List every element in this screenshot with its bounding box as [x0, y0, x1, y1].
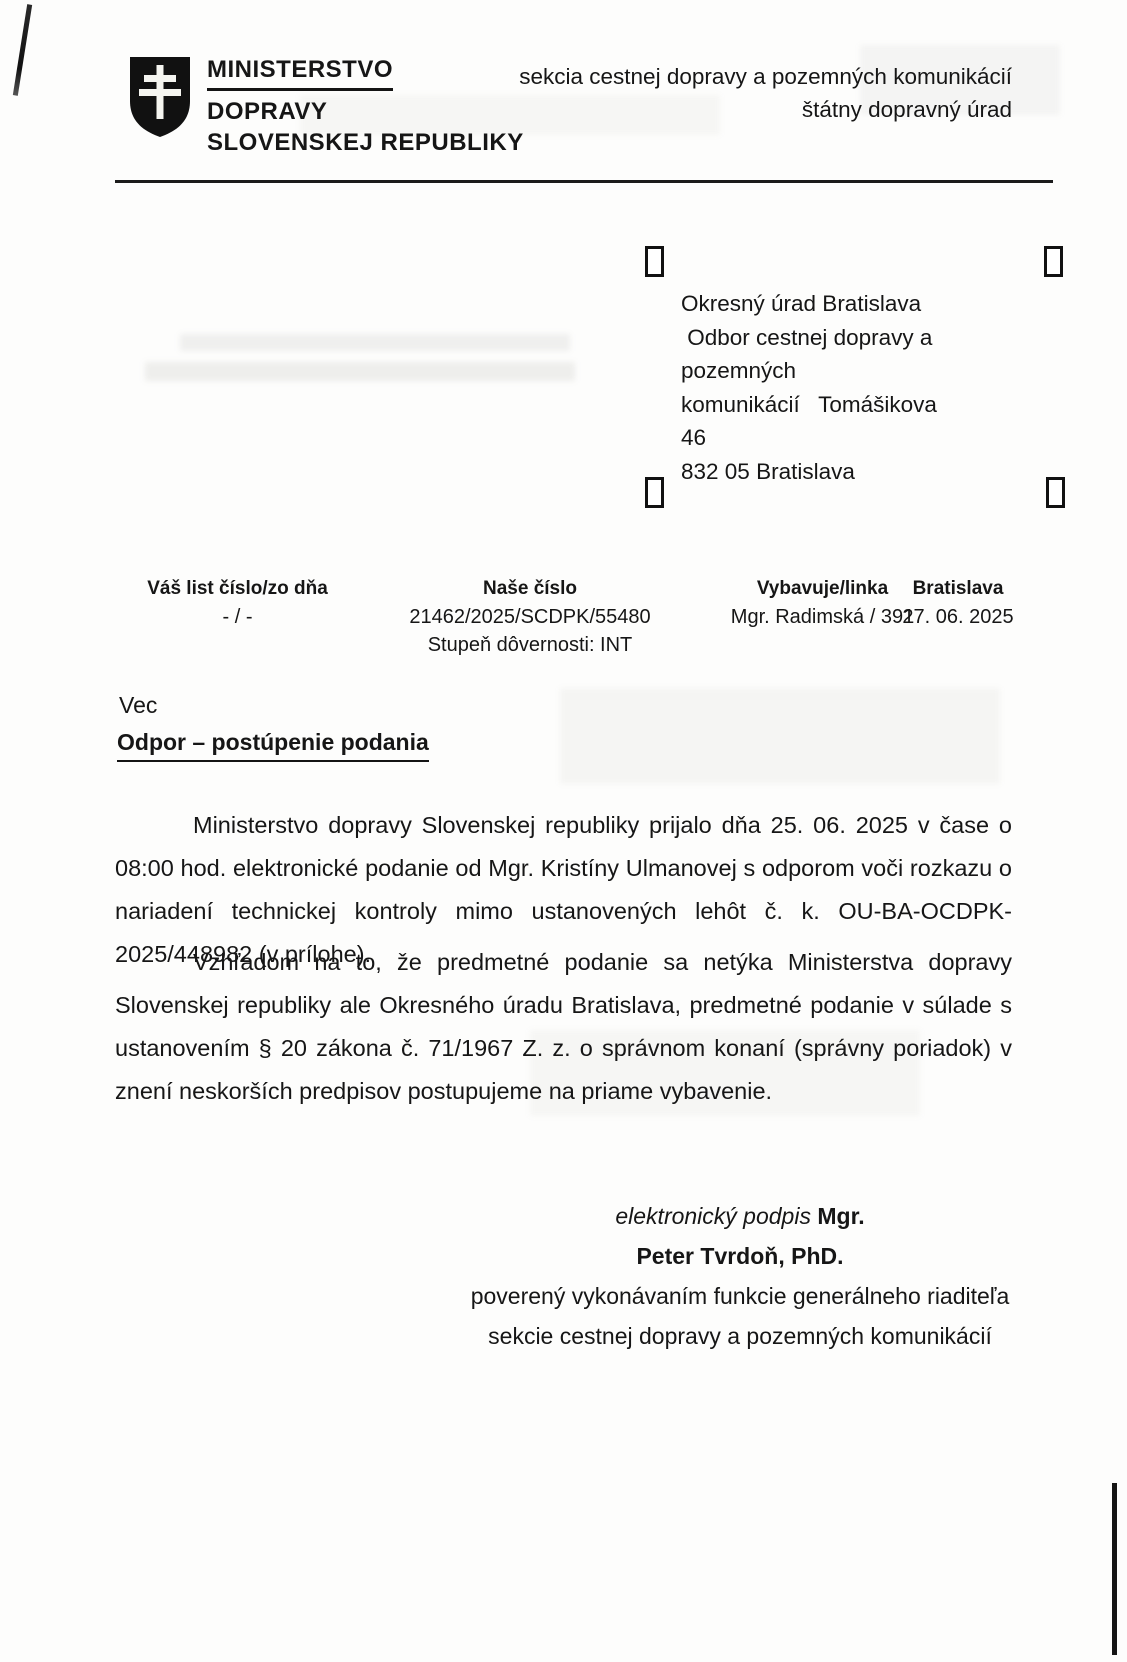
- subject-title: Odpor – postúpenie podania: [117, 729, 429, 762]
- recipient-line: 832 05 Bratislava: [681, 455, 1041, 489]
- ministry-name-line3: SLOVENSKEJ REPUBLIKY: [207, 129, 524, 157]
- body-paragraph-2: Vzhľadom na to, že predmetné podanie sa …: [115, 941, 1012, 1113]
- ref-label-place: Bratislava: [878, 578, 1038, 600]
- recipient-line: Okresný úrad Bratislava: [681, 287, 1041, 321]
- placeholder-box-icon: [645, 246, 664, 277]
- signer-name: Peter Tvrdoň, PhD.: [420, 1236, 1060, 1276]
- ref-label-our-number: Naše číslo: [360, 578, 700, 600]
- signature-block: elektronický podpis Mgr. Peter Tvrdoň, P…: [420, 1196, 1060, 1356]
- ministry-name-block: MINISTERSTVO DOPRAVY SLOVENSKEJ REPUBLIK…: [207, 56, 524, 157]
- letterhead-divider-rule: [115, 180, 1053, 183]
- ref-value-date: 27. 06. 2025: [878, 606, 1038, 629]
- bleed-through-artifact: [145, 362, 575, 381]
- recipient-line: 46: [681, 421, 1041, 455]
- scan-edge-line-artifact: [1112, 1483, 1117, 1655]
- ministry-name-line2: DOPRAVY: [207, 98, 524, 126]
- signer-role-line1: poverený vykonávaním funkcie generálneho…: [420, 1276, 1060, 1316]
- placeholder-box-icon: [1046, 477, 1065, 508]
- ref-value-your-letter: - / -: [120, 606, 355, 629]
- bleed-through-artifact: [180, 334, 570, 351]
- bleed-through-artifact: [560, 688, 1000, 784]
- scan-pen-mark-artifact: [13, 4, 32, 96]
- ref-confidentiality-note: Stupeň dôvernosti: INT: [360, 634, 700, 657]
- ref-label-your-letter: Váš list číslo/zo dňa: [120, 578, 355, 600]
- subject-label: Vec: [119, 692, 157, 719]
- signer-role-line2: sekcie cestnej dopravy a pozemných komun…: [420, 1316, 1060, 1356]
- ref-col-your-letter: Váš list číslo/zo dňa - / -: [120, 578, 355, 629]
- slovak-coat-of-arms-icon: [127, 55, 193, 139]
- ref-col-our-number: Naše číslo 21462/2025/SCDPK/55480 Stupeň…: [360, 578, 700, 657]
- scanned-letter-page: MINISTERSTVO DOPRAVY SLOVENSKEJ REPUBLIK…: [0, 0, 1127, 1662]
- section-line2: štátny dopravný úrad: [500, 93, 1012, 126]
- ref-col-place-date: Bratislava 27. 06. 2025: [878, 578, 1038, 629]
- ministry-name-line1: MINISTERSTVO: [207, 56, 393, 91]
- ref-value-our-number: 21462/2025/SCDPK/55480: [360, 606, 700, 629]
- signer-title-prefix: Mgr.: [817, 1203, 864, 1229]
- placeholder-box-icon: [1044, 246, 1063, 277]
- section-line1: sekcia cestnej dopravy a pozemných komun…: [500, 60, 1012, 93]
- recipient-address-block: Okresný úrad Bratislava Odbor cestnej do…: [681, 287, 1041, 488]
- recipient-line: komunikácií Tomášikova: [681, 388, 1041, 422]
- electronic-signature-note: elektronický podpis: [615, 1203, 811, 1229]
- section-block: sekcia cestnej dopravy a pozemných komun…: [500, 60, 1012, 126]
- placeholder-box-icon: [645, 477, 664, 508]
- signature-line-1: elektronický podpis Mgr.: [420, 1196, 1060, 1236]
- recipient-line: Odbor cestnej dopravy a pozemných: [681, 321, 1041, 388]
